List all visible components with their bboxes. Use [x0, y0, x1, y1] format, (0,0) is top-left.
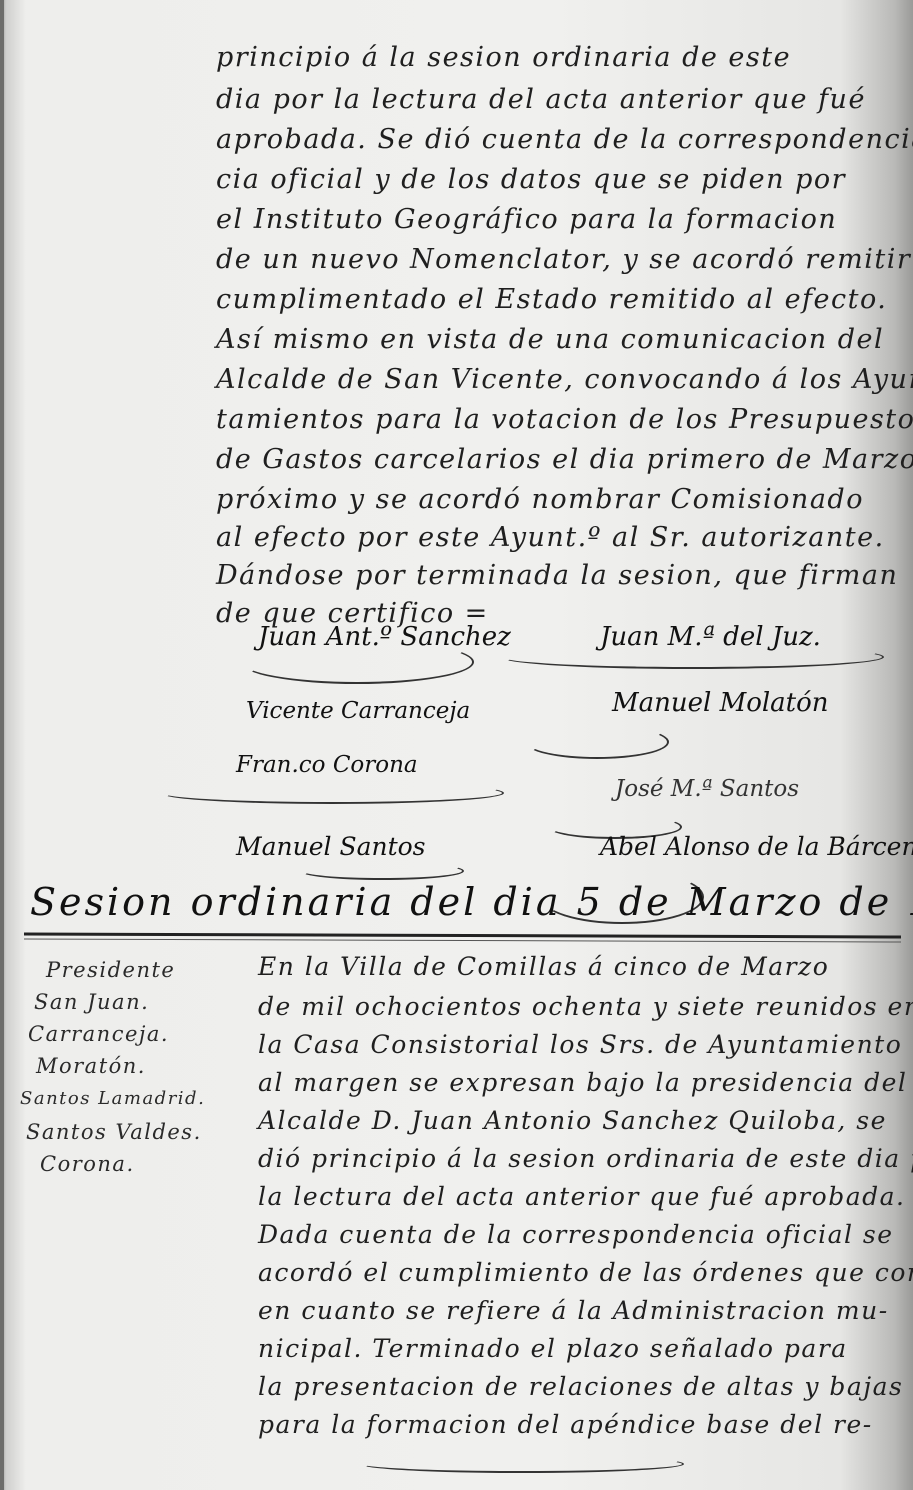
- margin-entry: Santos Valdes.: [26, 1120, 202, 1144]
- text-line: En la Villa de Comillas á cinco de Marzo: [258, 952, 829, 981]
- heading-underline: [24, 932, 901, 938]
- signature: Abel Alonso de la Bárcena: [600, 832, 913, 861]
- text-line: Dada cuenta de la correspondencia oficia…: [258, 1220, 894, 1249]
- text-line: principio á la sesion ordinaria de este: [216, 42, 791, 73]
- text-line: en cuanto se refiere á la Administracion…: [258, 1296, 889, 1325]
- text-line: nicipal. Terminado el plazo señalado par…: [258, 1334, 848, 1363]
- text-line: al margen se expresan bajo la presidenci…: [258, 1068, 913, 1097]
- text-line: Alcalde de San Vicente, convocando á los…: [216, 364, 913, 395]
- text-line: la presentacion de relaciones de altas y…: [258, 1372, 903, 1401]
- text-line: de Gastos carcelarios el dia primero de …: [216, 444, 913, 475]
- signature: Vicente Carranceja: [246, 698, 470, 724]
- text-line: el Instituto Geográfico para la formacio…: [216, 204, 837, 235]
- signature-flourish: [525, 725, 669, 759]
- text-line: Dándose por terminada la sesion, que fir…: [216, 560, 898, 591]
- text-line: de mil ochocientos ochenta y siete reuni…: [258, 992, 913, 1021]
- signature-flourish: [500, 645, 884, 669]
- text-line: tamientos para la votacion de los Presup…: [216, 404, 913, 435]
- text-line: cia oficial y de los datos que se piden …: [216, 164, 846, 195]
- text-line: al efecto por este Ayunt.º al Sr. autori…: [216, 522, 885, 553]
- text-line: aprobada. Se dió cuenta de la correspond…: [216, 124, 913, 155]
- margin-entry: Moratón.: [36, 1054, 146, 1078]
- signature-flourish: [240, 640, 474, 684]
- signature: Fran.co Corona: [236, 752, 418, 778]
- text-line: próximo y se acordó nombrar Comisionado: [216, 484, 864, 515]
- text-line: Alcalde D. Juan Antonio Sanchez Quiloba,…: [258, 1106, 887, 1135]
- heading-underline-thin: [24, 938, 901, 942]
- text-line: para la formacion del apéndice base del …: [258, 1410, 873, 1439]
- margin-entry: Carranceja.: [28, 1022, 169, 1046]
- document-page: principio á la sesion ordinaria de este …: [0, 0, 913, 1490]
- signature: José M.ª Santos: [615, 776, 799, 802]
- text-line: dió principio á la sesion ordinaria de e…: [258, 1144, 913, 1173]
- text-line: acordó el cumplimiento de las órdenes qu…: [258, 1258, 913, 1287]
- signature: Manuel Santos: [236, 832, 426, 861]
- margin-entry: Presidente: [46, 958, 175, 982]
- text-line: la Casa Consistorial los Srs. de Ayuntam…: [258, 1030, 913, 1059]
- margin-entry: Corona.: [40, 1152, 135, 1176]
- signature-flourish: [300, 862, 464, 880]
- margin-entry: Santos Lamadrid.: [20, 1088, 205, 1109]
- signature-flourish: [160, 782, 504, 804]
- line-end-flourish: [360, 1455, 684, 1473]
- margin-entry: San Juan.: [34, 990, 149, 1014]
- text-line: la lectura del acta anterior que fué apr…: [258, 1182, 906, 1211]
- text-line: dia por la lectura del acta anterior que…: [216, 84, 866, 115]
- text-line: de un nuevo Nomenclator, y se acordó rem…: [216, 244, 911, 275]
- text-line: Así mismo en vista de una comunicacion d…: [216, 324, 884, 355]
- signature: Manuel Molatón: [612, 688, 829, 718]
- session-heading: Sesion ordinaria del dia 5 de Marzo de 1…: [30, 880, 913, 924]
- text-line: cumplimentado el Estado remitido al efec…: [216, 284, 887, 315]
